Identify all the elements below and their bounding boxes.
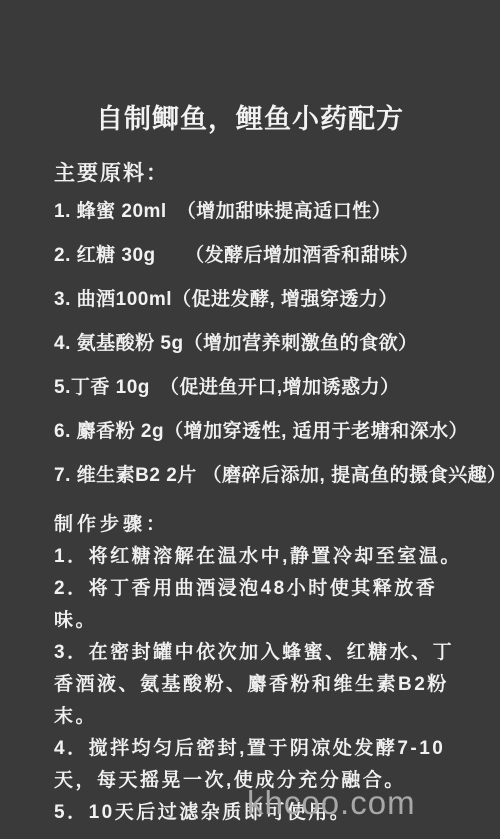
ingredient-item: 1. 蜂蜜 20ml （增加甜味提高适口性） bbox=[54, 201, 470, 222]
watermark-text: khcoo.com bbox=[247, 784, 416, 822]
page-title: 自制鲫鱼，鲤鱼小药配方 bbox=[0, 0, 500, 135]
step-item: 1．将红糖溶解在温水中,静置冷却至室温。 bbox=[54, 541, 466, 573]
ingredient-item: 4. 氨基酸粉 5g（增加营养刺激鱼的食欲） bbox=[54, 333, 470, 354]
ingredient-item: 5.丁香 10g （促进鱼开口,增加诱惑力） bbox=[54, 377, 470, 398]
ingredients-list: 1. 蜂蜜 20ml （增加甜味提高适口性） 2. 红糖 30g （发酵后增加酒… bbox=[54, 201, 470, 486]
recipe-content: 主要原料： 1. 蜂蜜 20ml （增加甜味提高适口性） 2. 红糖 30g （… bbox=[0, 161, 500, 828]
recipe-card: 自制鲫鱼，鲤鱼小药配方 主要原料： 1. 蜂蜜 20ml （增加甜味提高适口性）… bbox=[0, 0, 500, 839]
ingredient-item: 6. 麝香粉 2g（增加穿透性, 适用于老塘和深水） bbox=[54, 421, 470, 442]
steps-heading: 制作步骤： bbox=[54, 509, 470, 541]
step-item: 2．将丁香用曲酒浸泡48小时使其释放香味。 bbox=[54, 573, 466, 637]
ingredients-heading: 主要原料： bbox=[54, 161, 470, 186]
step-item: 3．在密封罐中依次加入蜂蜜、红糖水、丁香酒液、氨基酸粉、麝香粉和维生素B2粉末。 bbox=[54, 637, 466, 733]
ingredient-item: 2. 红糖 30g （发酵后增加酒香和甜味） bbox=[54, 245, 470, 266]
steps-section: 制作步骤： 1．将红糖溶解在温水中,静置冷却至室温。 2．将丁香用曲酒浸泡48小… bbox=[54, 509, 470, 829]
ingredient-item: 3. 曲酒100ml（促进发酵, 增强穿透力） bbox=[54, 289, 470, 310]
ingredient-item: 7. 维生素B2 2片 （磨碎后添加, 提高鱼的摄食兴趣） bbox=[54, 465, 470, 486]
